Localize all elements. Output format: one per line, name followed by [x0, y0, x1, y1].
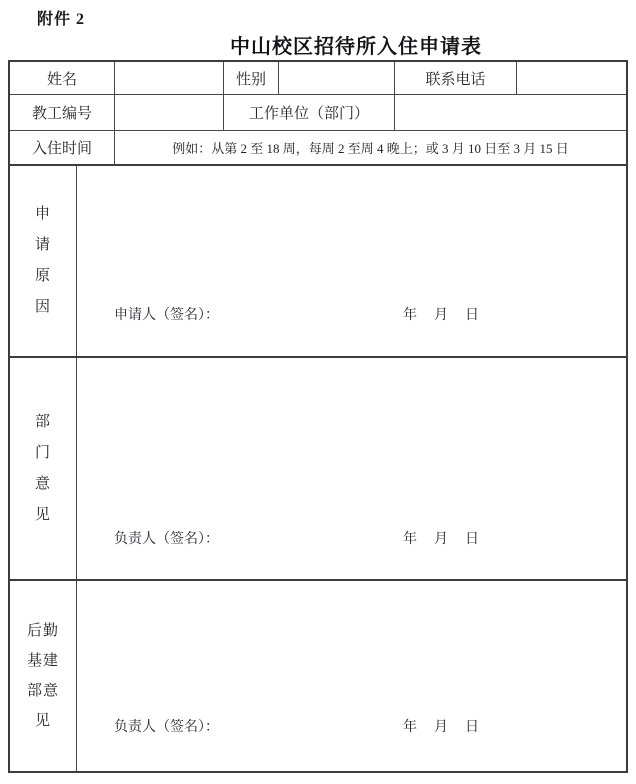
day-label: 日	[465, 528, 479, 548]
row-checkin-time: 入住时间 例如：从第 2 至 18 周，每周 2 至周 4 晚上；或 3 月 1…	[10, 130, 626, 164]
application-reason-content-cell[interactable]: 申请人（签名）： 年 月 日	[77, 166, 626, 356]
vertical-label-char: 申	[35, 199, 51, 230]
applicant-signature-label: 申请人（签名）：	[114, 304, 219, 324]
date-fields: 年 月 日	[403, 528, 479, 548]
section-application-reason: 申 请 原 因 申请人（签名）： 年 月 日	[10, 164, 626, 356]
day-label: 日	[465, 304, 479, 324]
phone-label: 联系电话	[395, 62, 517, 94]
logistics-opinion-content-cell[interactable]: 负责人（签名）： 年 月 日	[77, 581, 626, 771]
signature-line: 申请人（签名）： 年 月 日	[77, 304, 626, 324]
vertical-label-char: 门	[35, 438, 51, 469]
month-label: 月	[434, 528, 448, 548]
work-unit-label: 工作单位（部门）	[224, 95, 395, 130]
date-fields: 年 月 日	[403, 304, 479, 324]
vertical-label-char: 见	[35, 500, 51, 531]
vertical-label-char: 部	[35, 407, 51, 438]
staff-id-value-cell[interactable]	[115, 95, 224, 130]
work-unit-value-cell[interactable]	[395, 95, 626, 130]
vertical-label-char: 因	[35, 292, 51, 323]
checkin-time-label: 入住时间	[10, 131, 115, 164]
name-value-cell[interactable]	[115, 62, 224, 94]
row-basic-info: 姓名 性别 联系电话	[10, 62, 626, 94]
section-logistics-opinion: 后勤 基建 部意 见 负责人（签名）： 年 月 日	[10, 579, 626, 771]
vertical-label-char: 原	[35, 261, 51, 292]
month-label: 月	[434, 716, 448, 736]
vertical-label-char: 请	[35, 230, 51, 261]
month-label: 月	[434, 304, 448, 324]
document-page: 附件 2 中山校区招待所入住申请表 姓名 性别 联系电话 教工编号 工作单位（部…	[0, 0, 636, 784]
logistics-opinion-label: 后勤 基建 部意 见	[10, 581, 77, 771]
year-label: 年	[403, 528, 417, 548]
date-fields: 年 月 日	[403, 716, 479, 736]
vertical-label-char: 意	[35, 469, 51, 500]
section-department-opinion: 部 门 意 见 负责人（签名）： 年 月 日	[10, 356, 626, 579]
gender-label: 性别	[224, 62, 279, 94]
vertical-label-chars: 见	[35, 706, 51, 736]
responsible-signature-label: 负责人（签名）：	[114, 528, 219, 548]
department-opinion-label: 部 门 意 见	[10, 358, 77, 579]
year-label: 年	[403, 304, 417, 324]
attachment-label: 附件 2	[37, 6, 85, 29]
vertical-label-chars: 部意	[27, 676, 59, 706]
row-staff-info: 教工编号 工作单位（部门）	[10, 94, 626, 130]
form-title: 中山校区招待所入住申请表	[230, 30, 482, 59]
department-opinion-content-cell[interactable]: 负责人（签名）： 年 月 日	[77, 358, 626, 579]
phone-value-cell[interactable]	[517, 62, 626, 94]
signature-line: 负责人（签名）： 年 月 日	[77, 528, 626, 548]
application-reason-label: 申 请 原 因	[10, 166, 77, 356]
staff-id-label: 教工编号	[10, 95, 115, 130]
vertical-label-chars: 后勤	[27, 616, 59, 646]
year-label: 年	[403, 716, 417, 736]
application-form-table: 姓名 性别 联系电话 教工编号 工作单位（部门） 入住时间 例如：从第 2 至 …	[8, 60, 628, 773]
vertical-label-chars: 基建	[27, 646, 59, 676]
checkin-time-hint[interactable]: 例如：从第 2 至 18 周，每周 2 至周 4 晚上；或 3 月 10 日至 …	[115, 131, 626, 164]
signature-line: 负责人（签名）： 年 月 日	[77, 716, 626, 736]
name-label: 姓名	[10, 62, 115, 94]
day-label: 日	[465, 716, 479, 736]
responsible-signature-label: 负责人（签名）：	[114, 716, 219, 736]
gender-value-cell[interactable]	[279, 62, 395, 94]
